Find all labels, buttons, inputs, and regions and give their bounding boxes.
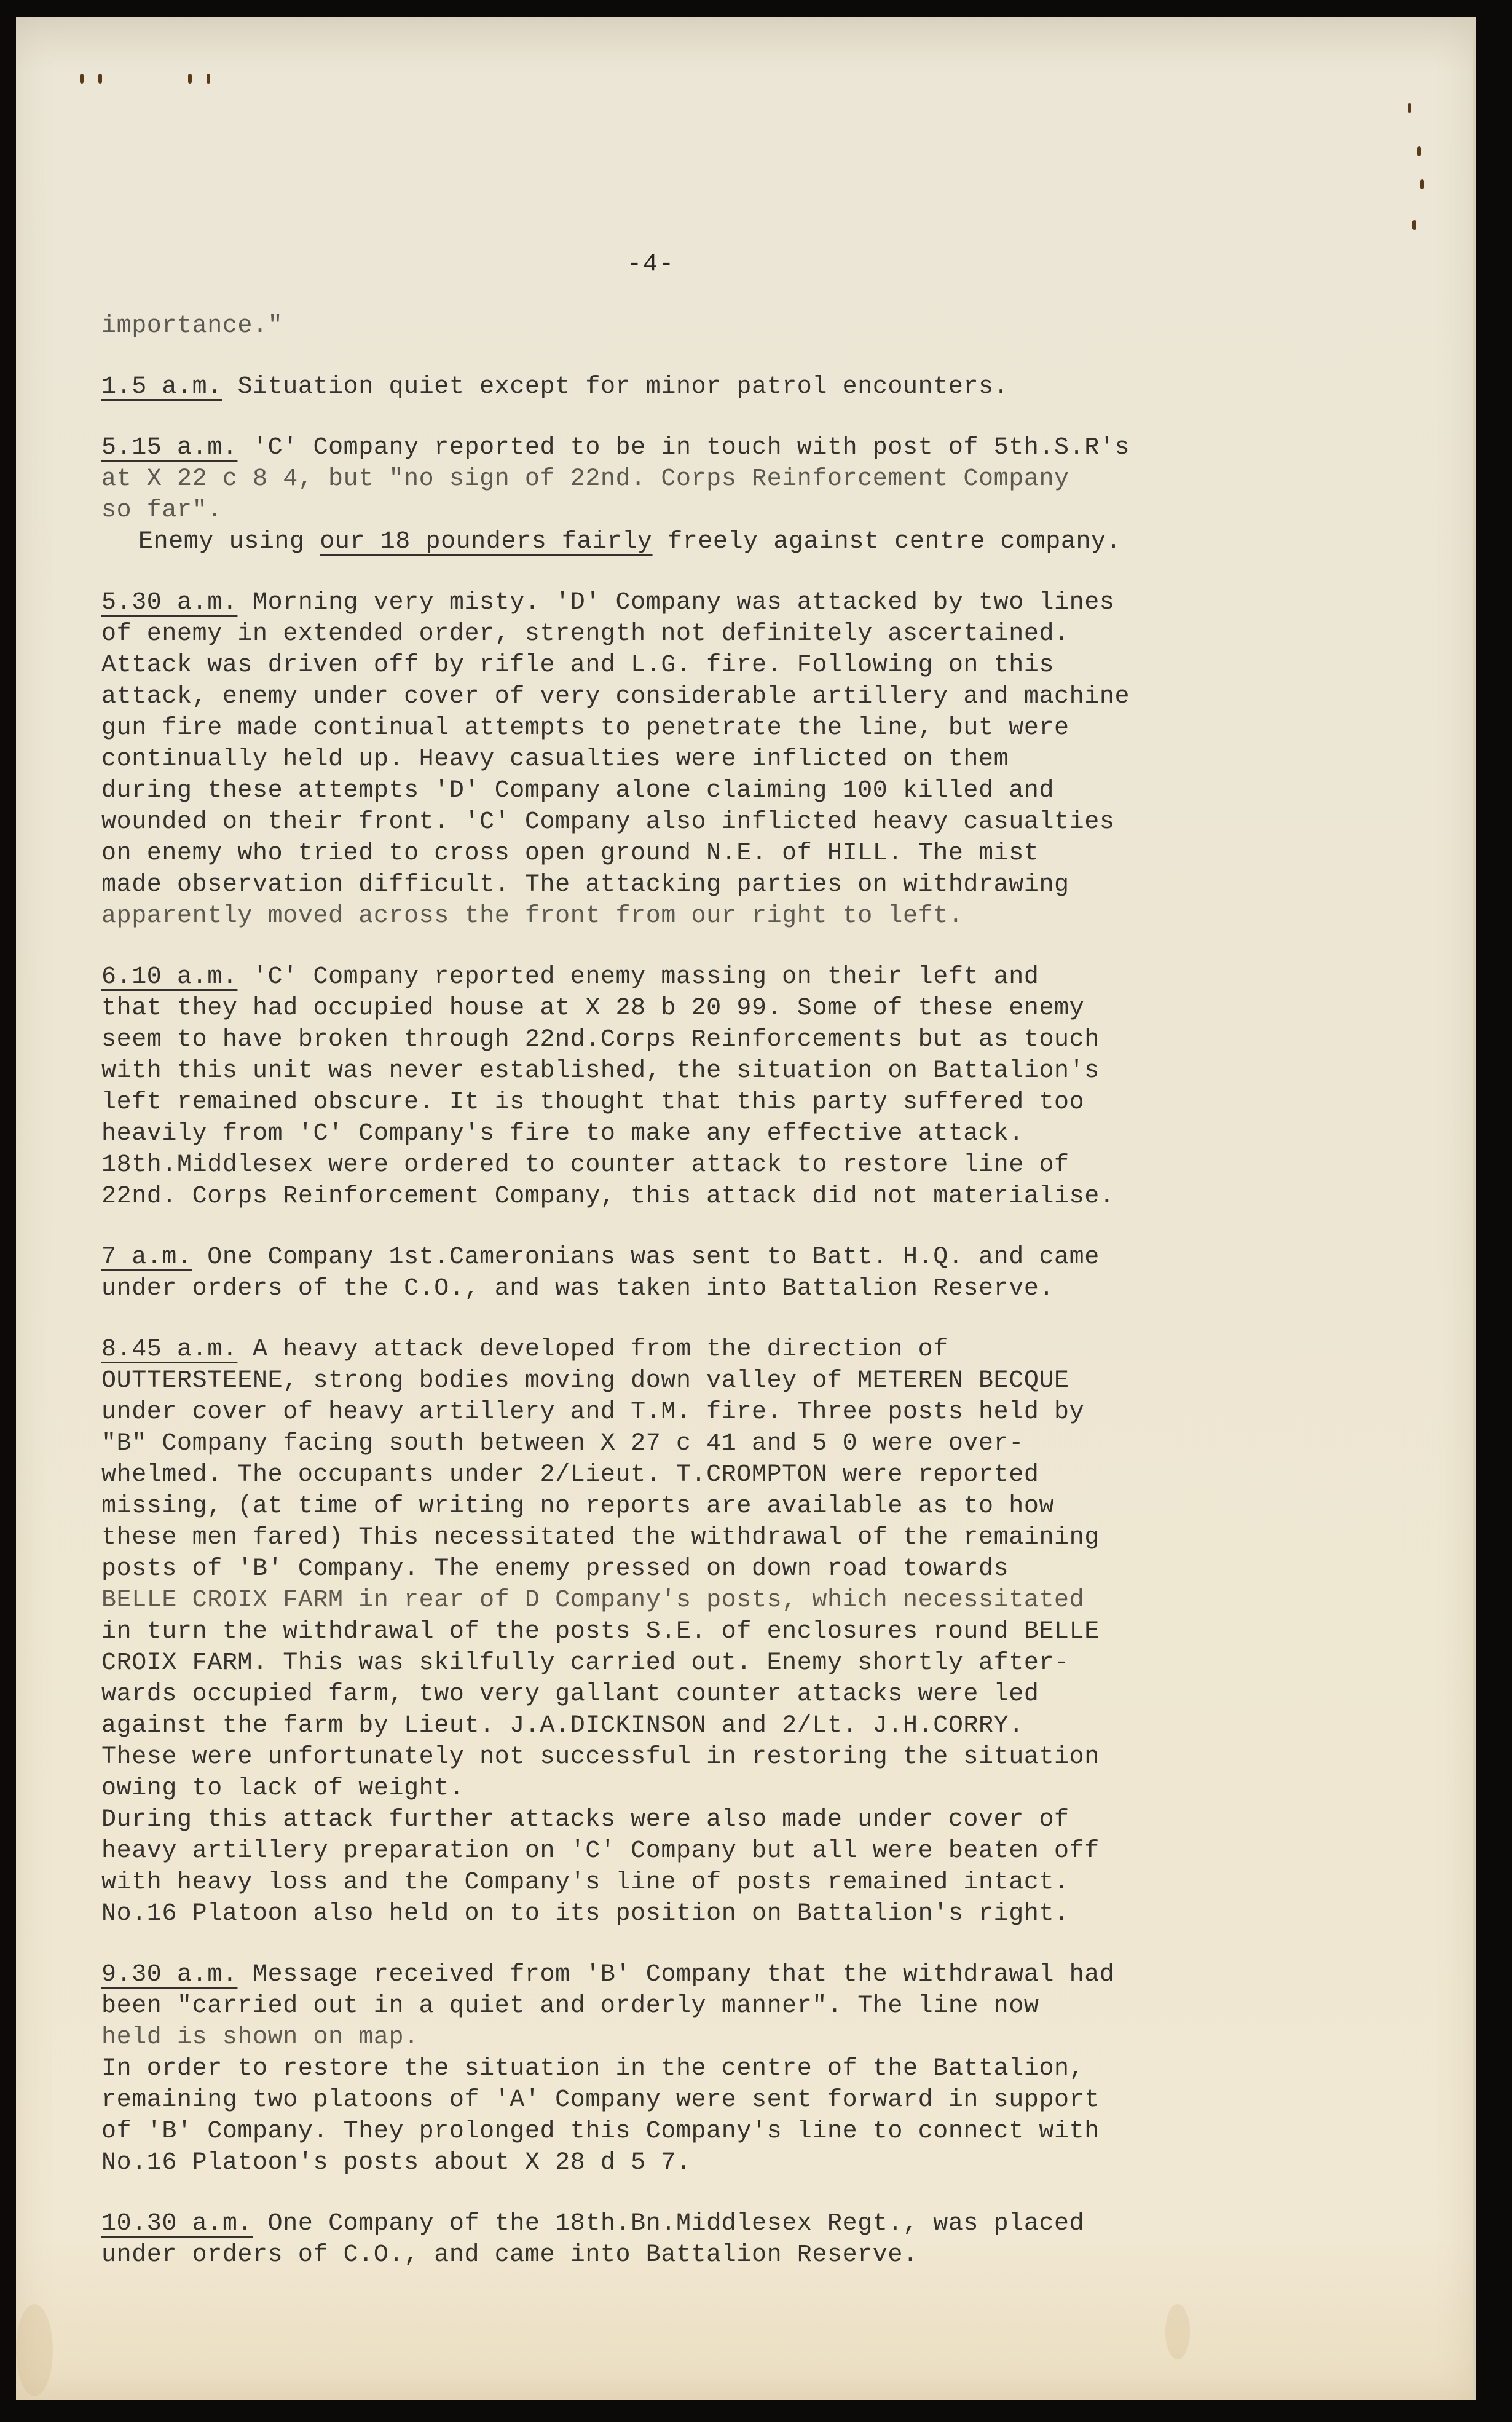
entry-text: missing, (at time of writing no reports … <box>101 1491 1380 1522</box>
paper-stain <box>1165 2304 1190 2359</box>
entry-text: One Company of the 18th.Bn.Middlesex Reg… <box>268 2210 1085 2238</box>
punch-hole <box>188 74 192 84</box>
entry-text: with heavy loss and the Company's line o… <box>101 1867 1380 1898</box>
entry-text: continually held up. Heavy casualties we… <box>101 744 1380 775</box>
entry-text: No.16 Platoon also held on to its positi… <box>101 1898 1380 1930</box>
diary-entry: 1.5 a.m. Situation quiet except for mino… <box>101 371 1380 403</box>
diary-entry: 5.30 a.m. Morning very misty. 'D' Compan… <box>101 587 1380 932</box>
diary-entry: 8.45 a.m. A heavy attack developed from … <box>101 1334 1380 1930</box>
punch-hole <box>98 74 102 84</box>
entry-text: No.16 Platoon's posts about X 28 d 5 7. <box>101 2147 1380 2179</box>
punch-hole <box>207 74 210 84</box>
entry-text: 22nd. Corps Reinforcement Company, this … <box>101 1181 1380 1212</box>
entry-text: that they had occupied house at X 28 b 2… <box>101 993 1380 1024</box>
entry-text: so far". <box>101 495 1380 526</box>
entry-text: posts of 'B' Company. The enemy pressed … <box>101 1553 1380 1585</box>
entry-text: under cover of heavy artillery and T.M. … <box>101 1397 1380 1428</box>
entry-text: during these attempts 'D' Company alone … <box>101 775 1380 807</box>
entry-text: seem to have broken through 22nd.Corps R… <box>101 1024 1380 1055</box>
entry-text: CROIX FARM. This was skilfully carried o… <box>101 1647 1380 1679</box>
entry-time: 10.30 a.m. <box>101 2210 253 2238</box>
entry-text: left remained obscure. It is thought tha… <box>101 1087 1380 1118</box>
punch-hole <box>1408 103 1411 113</box>
entry-text: OUTTERSTEENE, strong bodies moving down … <box>101 1365 1380 1397</box>
entry-time: 8.45 a.m. <box>101 1336 237 1363</box>
entry-text: held is shown on map. <box>101 2022 1380 2053</box>
entry-text: under orders of C.O., and came into Batt… <box>101 2239 1380 2271</box>
entry-text: heavily from 'C' Company's fire to make … <box>101 1118 1380 1150</box>
entry-text: Situation quiet except for minor patrol … <box>237 373 1009 401</box>
page-number: -4- <box>627 251 675 278</box>
entry-text: these men fared) This necessitated the w… <box>101 1522 1380 1553</box>
entry-text: Morning very misty. 'D' Company was atta… <box>253 589 1114 617</box>
diary-entry: 7 a.m. One Company 1st.Cameronians was s… <box>101 1242 1380 1304</box>
diary-entry: 9.30 a.m. Message received from 'B' Comp… <box>101 1959 1380 2179</box>
entry-text: apparently moved across the front from o… <box>101 901 1380 932</box>
entry-time: 6.10 a.m. <box>101 963 237 991</box>
entry-text: BELLE CROIX FARM in rear of D Company's … <box>101 1585 1380 1616</box>
entry-text: at X 22 c 8 4, but "no sign of 22nd. Cor… <box>101 463 1380 495</box>
paper-stain <box>16 2304 53 2396</box>
entry-text: against the farm by Lieut. J.A.DICKINSON… <box>101 1710 1380 1742</box>
entry-text: Message received from 'B' Company that t… <box>253 1961 1114 1989</box>
entry-text: of 'B' Company. They prolonged this Comp… <box>101 2116 1380 2147</box>
entry-time: 5.30 a.m. <box>101 589 237 617</box>
punch-hole <box>1417 146 1421 156</box>
entry-text: on enemy who tried to cross open ground … <box>101 838 1380 869</box>
entry-text: One Company 1st.Cameronians was sent to … <box>207 1244 1100 1271</box>
entry-text: of enemy in extended order, strength not… <box>101 618 1380 650</box>
continuation-text: importance." <box>101 310 1380 342</box>
entry-time: 9.30 a.m. <box>101 1961 237 1989</box>
punch-hole <box>1412 220 1416 230</box>
punch-hole <box>80 74 84 84</box>
war-diary-body: importance." 1.5 a.m. Situation quiet ex… <box>101 310 1380 2300</box>
entry-text: 'C' Company reported enemy massing on th… <box>253 963 1039 991</box>
entry-text: 18th.Middlesex were ordered to counter a… <box>101 1150 1380 1181</box>
entry-text: Enemy using <box>138 528 320 556</box>
entry-time: 7 a.m. <box>101 1244 192 1271</box>
diary-entry: 6.10 a.m. 'C' Company reported enemy mas… <box>101 961 1380 1212</box>
entry-text: heavy artillery preparation on 'C' Compa… <box>101 1836 1380 1867</box>
entry-text: remaining two platoons of 'A' Company we… <box>101 2085 1380 2116</box>
diary-entry: 5.15 a.m. 'C' Company reported to be in … <box>101 432 1380 558</box>
diary-entry: 10.30 a.m. One Company of the 18th.Bn.Mi… <box>101 2208 1380 2271</box>
entry-text: Attack was driven off by rifle and L.G. … <box>101 650 1380 681</box>
entry-text: whelmed. The occupants under 2/Lieut. T.… <box>101 1459 1380 1491</box>
entry-text: under orders of the C.O., and was taken … <box>101 1273 1380 1304</box>
underlined-phrase: our 18 pounders fairly <box>320 528 652 556</box>
entry-text: in turn the withdrawal of the posts S.E.… <box>101 1616 1380 1647</box>
entry-text: In order to restore the situation in the… <box>101 2053 1380 2085</box>
entry-text: made observation difficult. The attackin… <box>101 869 1380 901</box>
punch-hole <box>1420 179 1424 189</box>
entry-time: 5.15 a.m. <box>101 434 237 462</box>
entry-text: A heavy attack developed from the direct… <box>253 1336 948 1363</box>
entry-text: gun fire made continual attempts to pene… <box>101 712 1380 744</box>
entry-text: wounded on their front. 'C' Company also… <box>101 807 1380 838</box>
entry-time: 1.5 a.m. <box>101 373 222 401</box>
entry-text: attack, enemy under cover of very consid… <box>101 681 1380 712</box>
entry-text: been "carried out in a quiet and orderly… <box>101 1990 1380 2022</box>
entry-text: These were unfortunately not successful … <box>101 1742 1380 1773</box>
entry-text: 'C' Company reported to be in touch with… <box>253 434 1130 462</box>
entry-text: freely against centre company. <box>653 528 1122 556</box>
entry-text: "B" Company facing south between X 27 c … <box>101 1428 1380 1459</box>
entry-text: During this attack further attacks were … <box>101 1804 1380 1836</box>
entry-text: owing to lack of weight. <box>101 1773 1380 1804</box>
entry-text: wards occupied farm, two very gallant co… <box>101 1679 1380 1710</box>
entry-text: with this unit was never established, th… <box>101 1055 1380 1087</box>
